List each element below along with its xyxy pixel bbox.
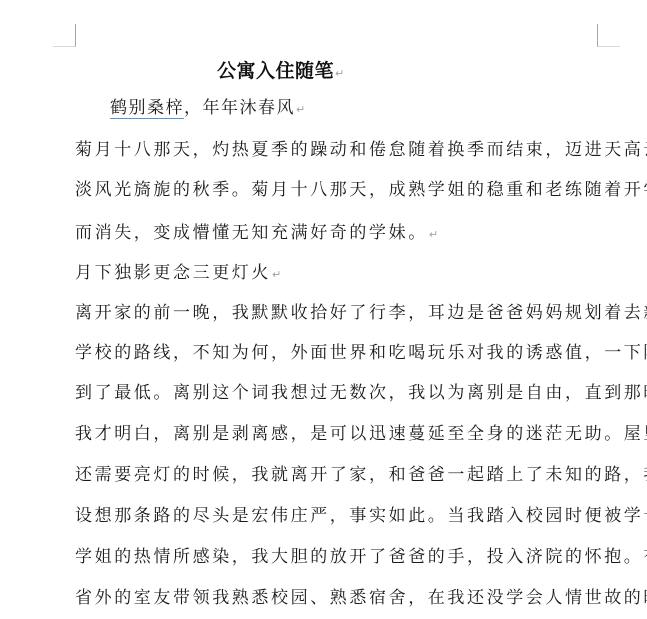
- title-text: 公寓入住随笔: [217, 60, 334, 82]
- body-line[interactable]: 省外的室友带领我熟悉校园、熟悉宿舍，在我还没学会人情世故的时: [75, 587, 605, 609]
- subtitle-text: ，年年沐春风: [184, 98, 295, 118]
- document-page[interactable]: 公寓入住随笔↵ 鹤别桑梓，年年沐春风↵ 菊月十八那天，灼热夏季的躁动和倦怠随着换…: [0, 0, 647, 619]
- body-line[interactable]: 而消失，变成懵懂无知充满好奇的学妹。↵: [75, 222, 605, 246]
- body-line-text: 而消失，变成懵懂无知充满好奇的学妹。: [75, 223, 428, 243]
- paragraph-mark-icon: ↵: [335, 67, 345, 80]
- body-line[interactable]: 学校的路线，不知为何，外面世界和吃喝玩乐对我的诱惑值，一下降: [75, 342, 605, 364]
- section-heading-text: 月下独影更念三更灯火: [75, 263, 271, 283]
- paragraph-mark-icon: ↵: [429, 228, 441, 241]
- subtitle-line[interactable]: 鹤别桑梓，年年沐春风↵: [110, 97, 640, 121]
- body-line[interactable]: 设想那条路的尽头是宏伟庄严，事实如此。当我踏入校园时便被学长: [75, 505, 605, 527]
- body-line[interactable]: 还需要亮灯的时候，我就离开了家，和爸爸一起踏上了未知的路，我: [75, 464, 605, 486]
- spellcheck-underlined-text[interactable]: 鹤别桑梓: [110, 98, 184, 119]
- margin-corner-top-left: [53, 24, 76, 47]
- body-line[interactable]: 学姐的热情所感染，我大胆的放开了爸爸的手，投入济院的怀抱。有: [75, 546, 605, 568]
- document-title[interactable]: 公寓入住随笔↵: [217, 56, 345, 83]
- body-line[interactable]: 离开家的前一晚，我默默收拾好了行李，耳边是爸爸妈妈规划着去新: [75, 302, 605, 324]
- section-heading-line[interactable]: 月下独影更念三更灯火↵: [75, 262, 605, 286]
- paragraph-mark-icon: ↵: [296, 103, 307, 116]
- body-line[interactable]: 淡风光旖旎的秋季。菊月十八那天，成熟学姐的稳重和老练随着开学: [75, 179, 605, 201]
- body-line[interactable]: 菊月十八那天，灼热夏季的躁动和倦怠随着换季而结束，迈进天高云: [75, 139, 605, 161]
- body-line[interactable]: 我才明白，离别是剥离感，是可以迅速蔓延至全身的迷茫无助。屋里: [75, 423, 605, 445]
- margin-corner-top-right: [597, 24, 620, 47]
- body-line[interactable]: 到了最低。离别这个词我想过无数次，我以为离别是自由，直到那晚，: [75, 382, 605, 404]
- paragraph-mark-icon: ↵: [272, 268, 284, 281]
